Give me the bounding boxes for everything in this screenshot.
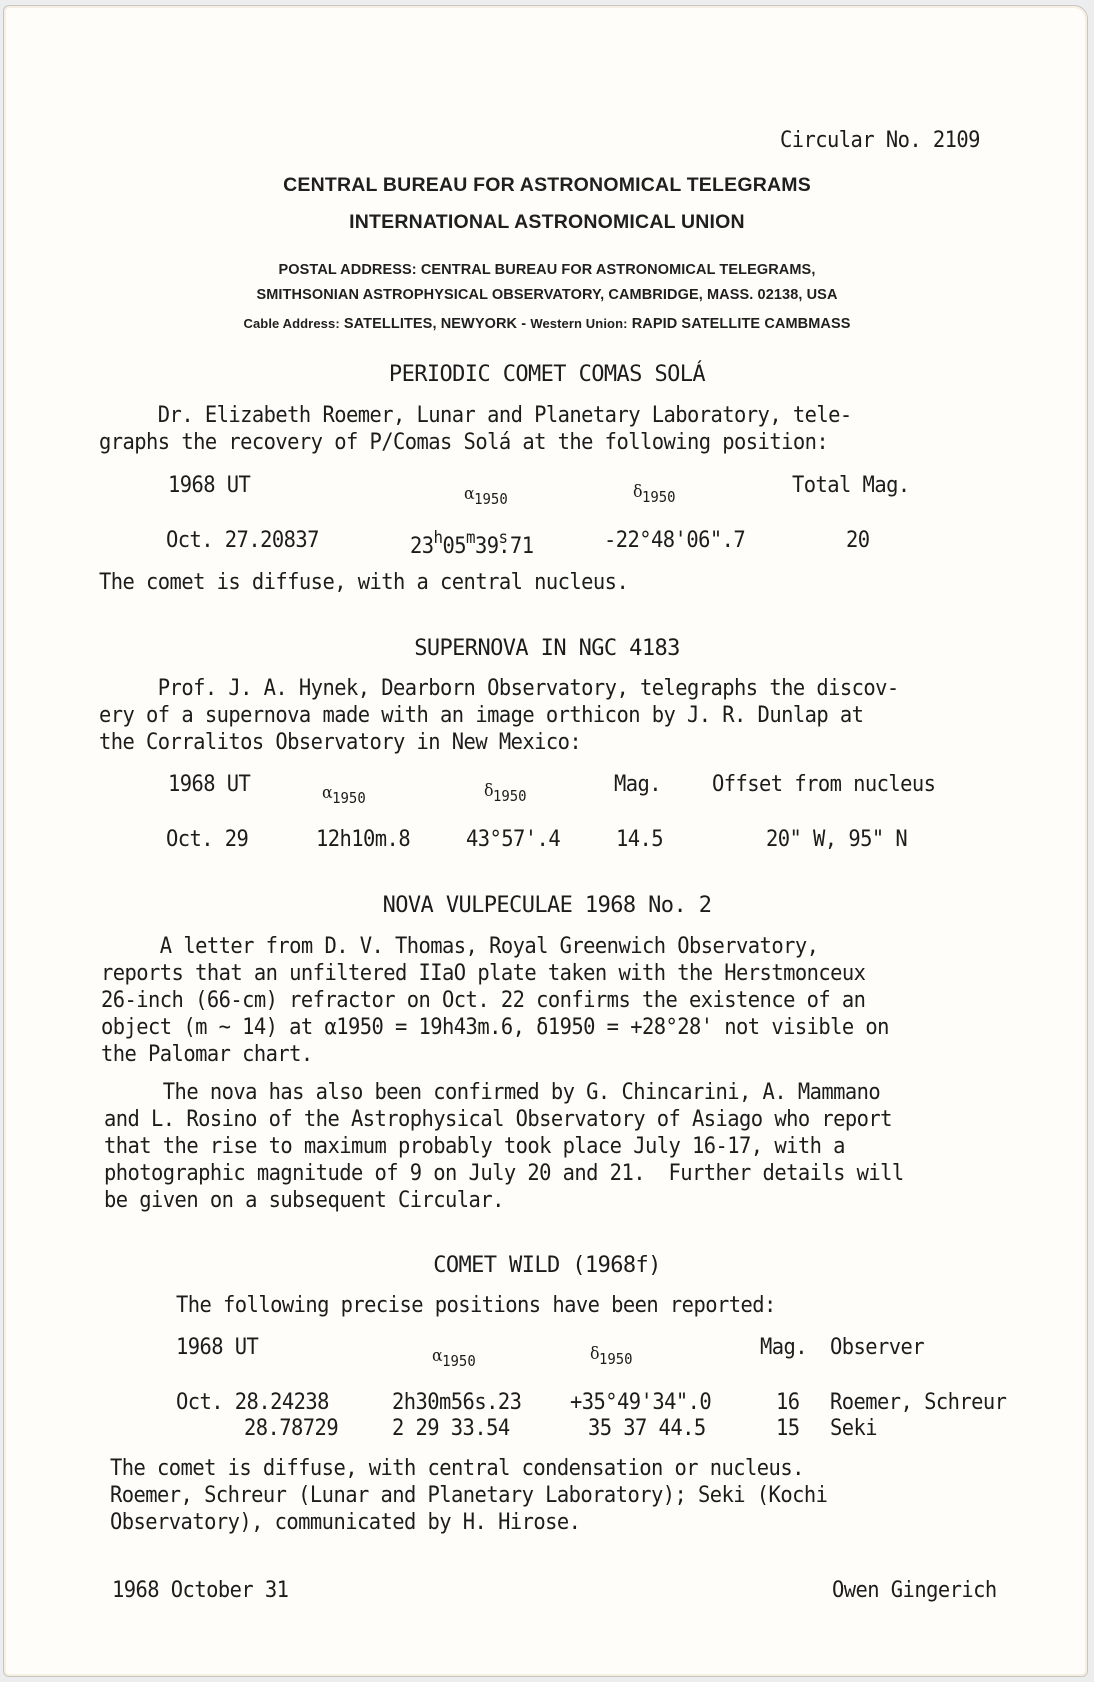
col-header-mag: Mag. xyxy=(614,772,661,797)
wild-note-line2: Roemer, Schreur (Lunar and Planetary Lab… xyxy=(110,1483,827,1508)
supernova-text-line1: Prof. J. A. Hynek, Dearborn Observatory,… xyxy=(99,676,899,701)
western-union-label: Western Union: xyxy=(530,316,627,331)
footer-date: 1968 October 31 xyxy=(112,1578,288,1603)
col-header-offset: Offset from nucleus xyxy=(712,772,935,797)
section-title-supernova: SUPERNOVA IN NGC 4183 xyxy=(0,636,1094,661)
row-mag: 14.5 xyxy=(616,827,663,852)
col-header-ra: α1950 xyxy=(432,1342,476,1370)
wild-note-line3: Observatory), communicated by H. Hirose. xyxy=(110,1510,580,1535)
nova-p1-line1: A letter from D. V. Thomas, Royal Greenw… xyxy=(101,934,818,959)
col-header-dec: δ1950 xyxy=(590,1340,633,1368)
nova-p1-line5: the Palomar chart. xyxy=(101,1042,313,1067)
row-dec: 35 37 44.5 xyxy=(588,1416,706,1441)
row-date: Oct. 29 xyxy=(166,827,248,852)
row-observer: Roemer, Schreur xyxy=(830,1390,1006,1415)
col-header-observer: Observer xyxy=(830,1335,924,1360)
nova-p2-line4: photographic magnitude of 9 on July 20 a… xyxy=(104,1161,904,1186)
col-header-ra: α1950 xyxy=(464,480,508,508)
nova-p1-line3: 26-inch (66-cm) refractor on Oct. 22 con… xyxy=(101,988,865,1013)
postal-address-line2: SMITHSONIAN ASTROPHYSICAL OBSERVATORY, C… xyxy=(0,287,1094,303)
org-name: CENTRAL BUREAU FOR ASTRONOMICAL TELEGRAM… xyxy=(0,174,1094,197)
nova-p2-line5: be given on a subsequent Circular. xyxy=(104,1188,504,1213)
row-date: Oct. 27.20837 xyxy=(166,528,319,553)
row-offset: 20" W, 95" N xyxy=(766,827,907,852)
row-dec: +35°49'34".0 xyxy=(570,1390,711,1415)
circular-number: Circular No. 2109 xyxy=(780,128,980,153)
row-observer: Seki xyxy=(830,1416,877,1441)
section-title-nova: NOVA VULPECULAE 1968 No. 2 xyxy=(0,893,1094,918)
section-title-wild: COMET WILD (1968f) xyxy=(0,1253,1094,1278)
col-header-ut: 1968 UT xyxy=(168,473,250,498)
col-header-dec: δ1950 xyxy=(633,478,676,506)
wild-note-line1: The comet is diffuse, with central conde… xyxy=(110,1456,804,1481)
nova-p1-line2: reports that an unfiltered IIaO plate ta… xyxy=(101,961,865,986)
row-dec: -22°48'06".7 xyxy=(604,528,745,553)
row-dec: 43°57'.4 xyxy=(466,827,560,852)
row-mag: 16 xyxy=(776,1390,800,1415)
col-header-ut: 1968 UT xyxy=(168,772,250,797)
row-mag: 20 xyxy=(846,528,870,553)
supernova-text-line3: the Corralitos Observatory in New Mexico… xyxy=(99,730,581,755)
cable-address: Cable Address: SATELLITES, NEWYORK - Wes… xyxy=(0,316,1094,332)
cable-value: SATELLITES, NEWYORK xyxy=(344,316,517,332)
cable-label: Cable Address: xyxy=(243,316,339,331)
col-header-ra: α1950 xyxy=(322,779,366,807)
footer-signature: Owen Gingerich xyxy=(832,1578,997,1603)
nova-p2-line1: The nova has also been confirmed by G. C… xyxy=(104,1080,880,1105)
row-ra: 23h05m39s.71 xyxy=(410,528,533,559)
union-name: INTERNATIONAL ASTRONOMICAL UNION xyxy=(0,211,1094,234)
row-date: Oct. 28.24238 xyxy=(176,1390,329,1415)
col-header-mag: Total Mag. xyxy=(792,473,910,498)
comas-sola-text-line2: graphs the recovery of P/Comas Solá at t… xyxy=(99,430,828,455)
row-mag: 15 xyxy=(776,1416,800,1441)
nova-p2-line3: that the rise to maximum probably took p… xyxy=(104,1134,845,1159)
nova-p2-line2: and L. Rosino of the Astrophysical Obser… xyxy=(104,1107,892,1132)
supernova-text-line2: ery of a supernova made with an image or… xyxy=(99,703,863,728)
comas-sola-note: The comet is diffuse, with a central nuc… xyxy=(99,570,628,595)
postal-address-line1: POSTAL ADDRESS: CENTRAL BUREAU FOR ASTRO… xyxy=(0,262,1094,278)
wild-intro: The following precise positions have bee… xyxy=(176,1293,776,1318)
western-union-value: RAPID SATELLITE CAMBMASS xyxy=(632,316,851,332)
section-title-comas-sola: PERIODIC COMET COMAS SOLÁ xyxy=(0,362,1094,387)
row-ra: 2 29 33.54 xyxy=(392,1416,510,1441)
col-header-dec: δ1950 xyxy=(484,777,527,805)
col-header-mag: Mag. xyxy=(760,1335,807,1360)
row-ra: 2h30m56s.23 xyxy=(392,1390,521,1415)
nova-p1-line4: object (m ~ 14) at α1950 = 19h43m.6, δ19… xyxy=(101,1015,889,1040)
row-ra: 12h10m.8 xyxy=(316,827,410,852)
row-date: 28.78729 xyxy=(244,1416,338,1441)
col-header-ut: 1968 UT xyxy=(176,1335,258,1360)
comas-sola-text-line1: Dr. Elizabeth Roemer, Lunar and Planetar… xyxy=(99,403,852,428)
